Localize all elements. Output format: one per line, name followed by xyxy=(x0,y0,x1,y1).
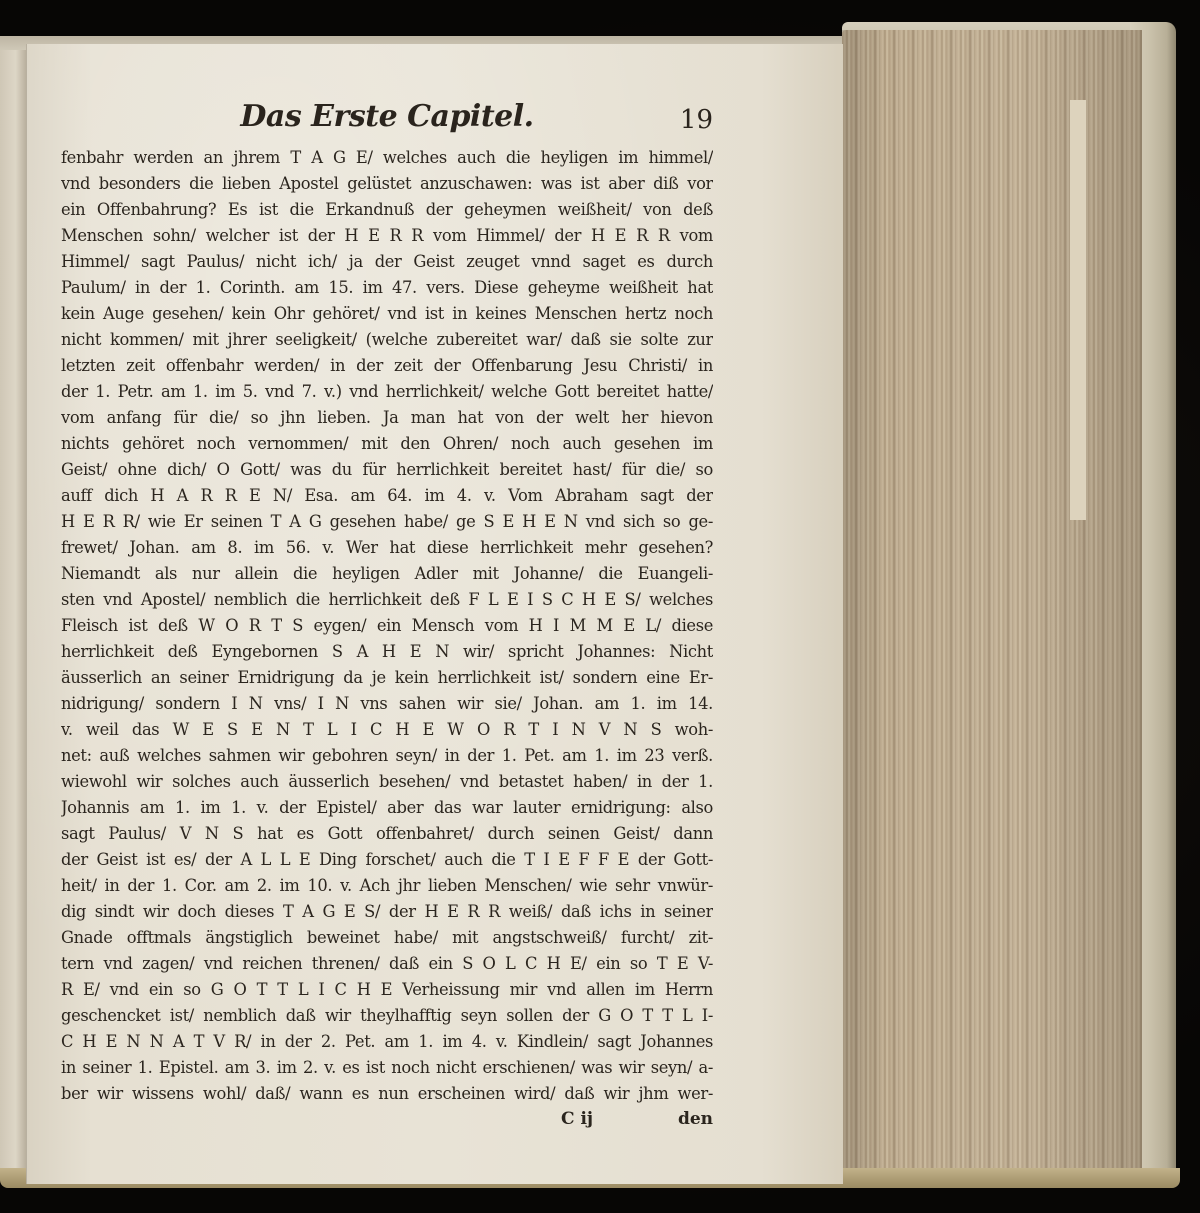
book-page: Das Erste Capitel. 19 fenbahr werden an … xyxy=(26,44,843,1184)
text-line: Niemandt als nur allein die heyligen Adl… xyxy=(61,561,713,587)
text-line: geschencket ist/ nemblich daß wir theylh… xyxy=(61,1003,713,1029)
text-line: nichts gehöret noch vernommen/ mit den O… xyxy=(61,431,713,457)
chapter-title: Das Erste Capitel. xyxy=(61,99,713,134)
text-line: letzten zeit offenbahr werden/ in der ze… xyxy=(61,353,713,379)
text-line: der 1. Petr. am 1. im 5. vnd 7. v.) vnd … xyxy=(61,379,713,405)
text-line: heit/ in der 1. Cor. am 2. im 10. v. Ach… xyxy=(61,873,713,899)
text-block: Das Erste Capitel. 19 fenbahr werden an … xyxy=(61,99,713,1139)
signature-mark: C ij xyxy=(561,1109,593,1129)
page-number: 19 xyxy=(680,105,713,135)
catchword: den xyxy=(678,1109,713,1129)
text-line: nicht kommen/ mit jhrer seeligkeit/ (wel… xyxy=(61,327,713,353)
text-line: H E R R/ wie Er seinen T A G gesehen hab… xyxy=(61,509,713,535)
text-line: Himmel/ sagt Paulus/ nicht ich/ ja der G… xyxy=(61,249,713,275)
text-line: vnd besonders die lieben Apostel gelüste… xyxy=(61,171,713,197)
running-head: Das Erste Capitel. 19 xyxy=(61,99,713,145)
text-line: nidrigung/ sondern I N vns/ I N vns sahe… xyxy=(61,691,713,717)
body-text: fenbahr werden an jhrem T A G E/ welches… xyxy=(61,145,713,1107)
text-line: äusserlich an seiner Ernidrigung da je k… xyxy=(61,665,713,691)
text-line: Geist/ ohne dich/ O Gott/ was du für her… xyxy=(61,457,713,483)
text-line: Menschen sohn/ welcher ist der H E R R v… xyxy=(61,223,713,249)
text-line: Paulum/ in der 1. Corinth. am 15. im 47.… xyxy=(61,275,713,301)
text-line: ber wir wissens wohl/ daß/ wann es nun e… xyxy=(61,1081,713,1107)
text-line: C H E N N A T V R/ in der 2. Pet. am 1. … xyxy=(61,1029,713,1055)
text-line: frewet/ Johan. am 8. im 56. v. Wer hat d… xyxy=(61,535,713,561)
text-line: ein Offenbahrung? Es ist die Erkandnuß d… xyxy=(61,197,713,223)
text-line: Johannis am 1. im 1. v. der Epistel/ abe… xyxy=(61,795,713,821)
text-line: v. weil das W E S E N T L I C H E W O R … xyxy=(61,717,713,743)
text-line: tern vnd zagen/ vnd reichen threnen/ daß… xyxy=(61,951,713,977)
text-line: Fleisch ist deß W O R T S eygen/ ein Men… xyxy=(61,613,713,639)
text-line: vom anfang für die/ so jhn lieben. Ja ma… xyxy=(61,405,713,431)
text-line: fenbahr werden an jhrem T A G E/ welches… xyxy=(61,145,713,171)
protruding-leaf xyxy=(1070,100,1086,520)
text-line: dig sindt wir doch dieses T A G E S/ der… xyxy=(61,899,713,925)
text-line: net: auß welches sahmen wir gebohren sey… xyxy=(61,743,713,769)
text-line: kein Auge gesehen/ kein Ohr gehöret/ vnd… xyxy=(61,301,713,327)
text-line: sten vnd Apostel/ nemblich die herrlichk… xyxy=(61,587,713,613)
text-line: der Geist ist es/ der A L L E Ding forsc… xyxy=(61,847,713,873)
text-line: auff dich H A R R E N/ Esa. am 64. im 4.… xyxy=(61,483,713,509)
text-line: Gnade offtmals ängstiglich beweinet habe… xyxy=(61,925,713,951)
page-block-fore-edge xyxy=(842,30,1142,1180)
text-line: sagt Paulus/ V N S hat es Gott offenbahr… xyxy=(61,821,713,847)
text-line: wiewohl wir solches auch äusserlich bese… xyxy=(61,769,713,795)
text-line: herrlichkeit deß Eyngebornen S A H E N w… xyxy=(61,639,713,665)
previous-page-edge xyxy=(0,40,27,1180)
text-line: in seiner 1. Epistel. am 3. im 2. v. es … xyxy=(61,1055,713,1081)
text-line: R E/ vnd ein so G O T T L I C H E Verhei… xyxy=(61,977,713,1003)
catchline: C ij den xyxy=(61,1109,713,1139)
fore-edge-shading xyxy=(842,30,1142,1180)
